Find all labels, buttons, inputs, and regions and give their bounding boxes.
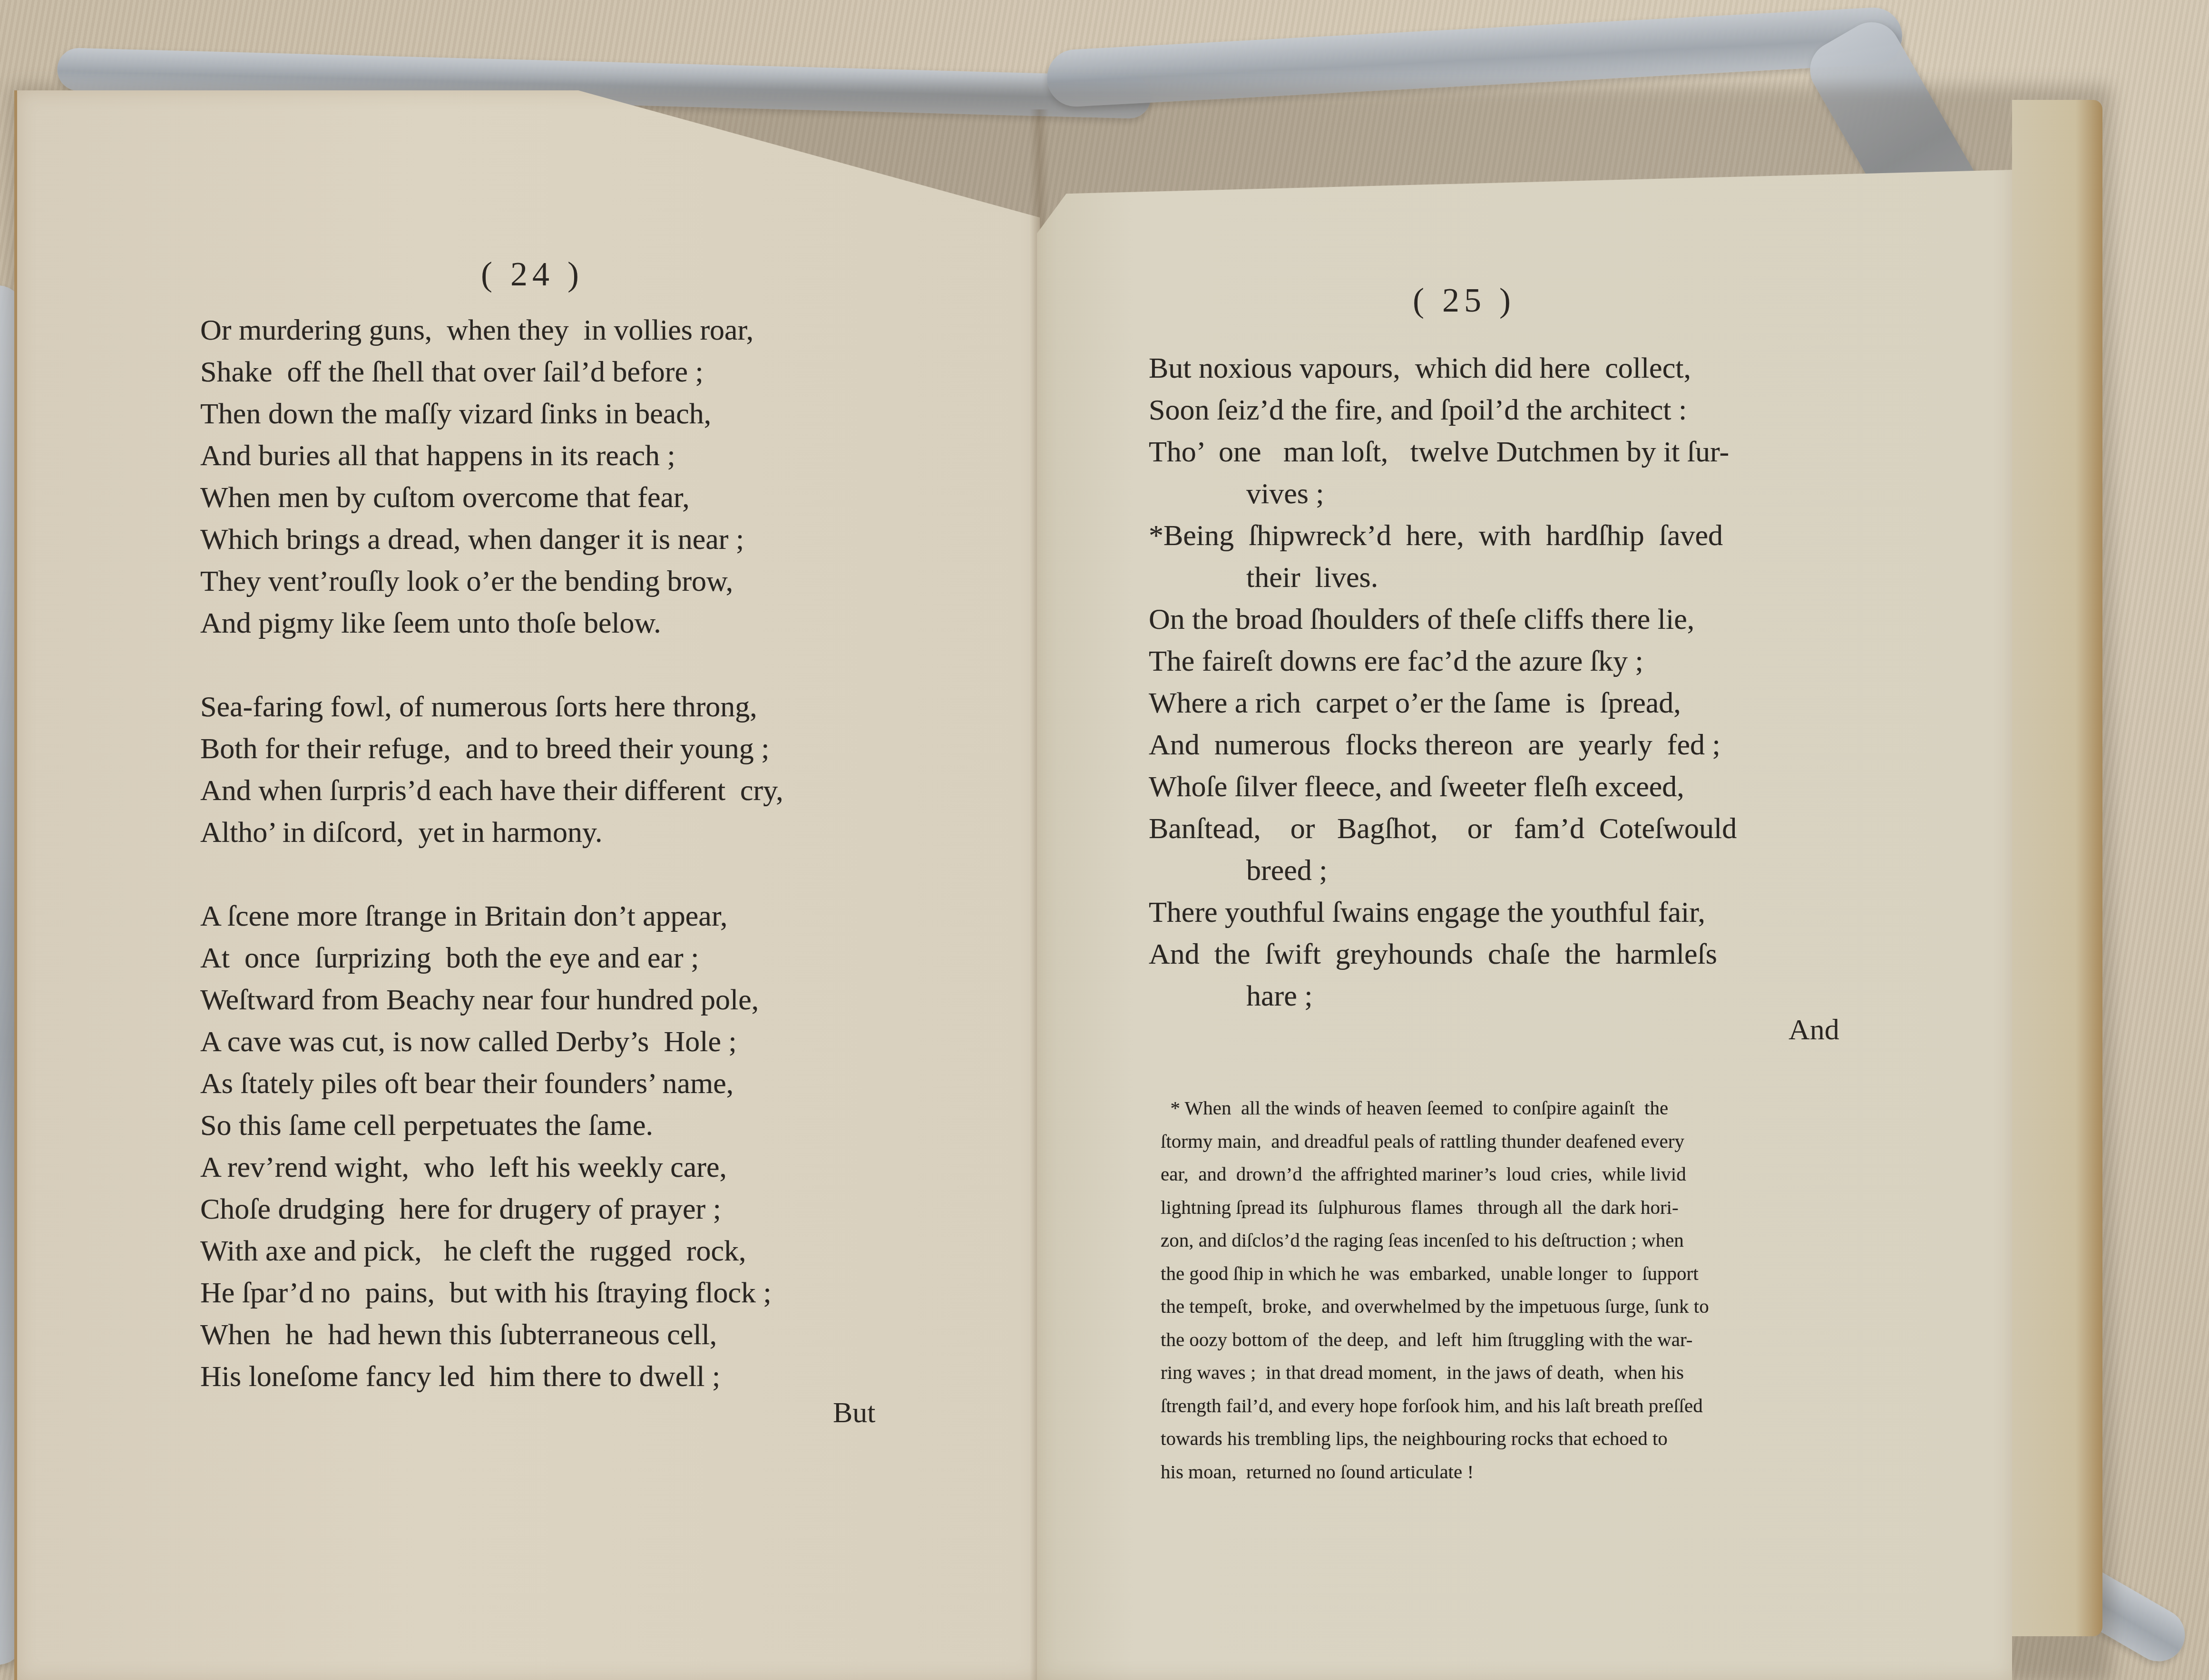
verse-line: As ſtately piles oft bear their founders…	[200, 1063, 783, 1104]
verse-line: Shake off the ſhell that over ſail’d bef…	[200, 351, 783, 393]
verse-line: But noxious vapours, which did here coll…	[1149, 347, 1737, 389]
verse-line: Where a rich carpet o’er the ſame is ſpr…	[1149, 682, 1737, 724]
verse-line: So this ſame cell perpetuates the ſame.	[200, 1104, 783, 1146]
footnote: * When all the winds of heaven ſeemed to…	[1161, 1092, 1709, 1488]
verse-line: And when ſurpris’d each have their diffe…	[200, 770, 783, 811]
page-edges	[2012, 100, 2102, 1636]
verse-line: And numerous flocks thereon are yearly f…	[1149, 724, 1737, 766]
catchword-left: But	[833, 1396, 876, 1430]
footnote-line: * When all the winds of heaven ſeemed to…	[1161, 1092, 1709, 1125]
footnote-line: his moan, returned no ſound articulate !	[1161, 1455, 1709, 1489]
verse-line: Or murdering guns, when they in vollies …	[200, 309, 783, 351]
verse-line: Tho’ one man loſt, twelve Dutchmen by it…	[1149, 431, 1737, 473]
catchword-right: And	[1789, 1013, 1839, 1047]
verse-line: Both for their refuge, and to breed thei…	[200, 728, 783, 770]
verse-line: Whoſe ſilver fleece, and ſweeter fleſh e…	[1149, 766, 1737, 808]
verse-line: They vent’rouſly look o’er the bending b…	[200, 560, 783, 602]
footnote-line: ear, and drown’d the affrighted mariner’…	[1161, 1158, 1709, 1191]
stanza-break	[200, 644, 783, 686]
left-page: ( 24 ) Or murdering guns, when they in v…	[14, 90, 1040, 1680]
verse-line: their lives.	[1149, 557, 1737, 598]
verse-line: The faireſt downs ere fac’d the azure ſk…	[1149, 640, 1737, 682]
verse-line: At once ſurprizing both the eye and ear …	[200, 937, 783, 979]
verse-line: And buries all that happens in its reach…	[200, 435, 783, 477]
verse-line: With axe and pick, he cleft the rugged r…	[200, 1230, 783, 1272]
verse-line: Soon ſeiz’d the fire, and ſpoil’d the ar…	[1149, 389, 1737, 431]
footnote-line: the oozy bottom of the deep, and left hi…	[1161, 1323, 1709, 1357]
footnote-line: ſtormy main, and dreadful peals of rattl…	[1161, 1125, 1709, 1158]
verse-line: His loneſome fancy led him there to dwel…	[200, 1356, 783, 1397]
verse-line: Weſtward from Beachy near four hundred p…	[200, 979, 783, 1021]
verse-line: A rev’rend wight, who left his weekly ca…	[200, 1146, 783, 1188]
verse-line: On the broad ſhoulders of theſe cliffs t…	[1149, 598, 1737, 640]
verse-line: A ſcene more ſtrange in Britain don’t ap…	[200, 895, 783, 937]
verse-line: Altho’ in diſcord, yet in harmony.	[200, 811, 783, 853]
verse-line: When men by cuſtom overcome that fear,	[200, 477, 783, 518]
verse-line: When he had hewn this ſubterraneous cell…	[200, 1314, 783, 1356]
verse-line: And the ſwift greyhounds chaſe the harml…	[1149, 933, 1737, 975]
verse-line: Which brings a dread, when danger it is …	[200, 518, 783, 560]
footnote-line: zon, and diſclos’d the raging ſeas incen…	[1161, 1224, 1709, 1257]
footnote-line: ring waves ; in that dread moment, in th…	[1161, 1356, 1709, 1389]
footnote-line: the tempeſt, broke, and overwhelmed by t…	[1161, 1290, 1709, 1323]
verse-line: Banſtead, or Bagſhot, or fam’d Coteſwoul…	[1149, 808, 1737, 850]
footnote-line: ſtrength fail’d, and every hope forſook …	[1161, 1389, 1709, 1423]
verse-line: *Being ſhipwreck’d here, with hardſhip ſ…	[1149, 515, 1737, 557]
footnote-line: towards his trembling lips, the neighbou…	[1161, 1422, 1709, 1455]
stanza-break	[200, 853, 783, 895]
verse-line: He ſpar’d no pains, but with his ſtrayin…	[200, 1272, 783, 1314]
verse-line: Then down the maſſy vizard ſinks in beac…	[200, 393, 783, 435]
verse-line: hare ;	[1149, 975, 1737, 1017]
verse-line: breed ;	[1149, 850, 1737, 891]
right-page: ( 25 ) But noxious vapours, which did he…	[1037, 90, 2012, 1680]
page-number-left: ( 24 )	[481, 254, 584, 294]
verse-line: Choſe drudging here for drugery of praye…	[200, 1188, 783, 1230]
verse-line: There youthful ſwains engage the youthfu…	[1149, 891, 1737, 933]
verse-line: Sea-faring fowl, of numerous ſorts here …	[200, 686, 783, 728]
verse-line: vives ;	[1149, 473, 1737, 515]
page-number-right: ( 25 )	[1413, 281, 1515, 320]
footnote-line: the good ſhip in which he was embarked, …	[1161, 1257, 1709, 1290]
footnote-line: lightning ſpread its ſulphurous flames t…	[1161, 1191, 1709, 1224]
right-page-verse: But noxious vapours, which did here coll…	[1149, 347, 1737, 1017]
verse-line: And pigmy like ſeem unto thoſe below.	[200, 602, 783, 644]
left-page-verse: Or murdering guns, when they in vollies …	[200, 309, 783, 1397]
verse-line: A cave was cut, is now called Derby’s Ho…	[200, 1021, 783, 1063]
